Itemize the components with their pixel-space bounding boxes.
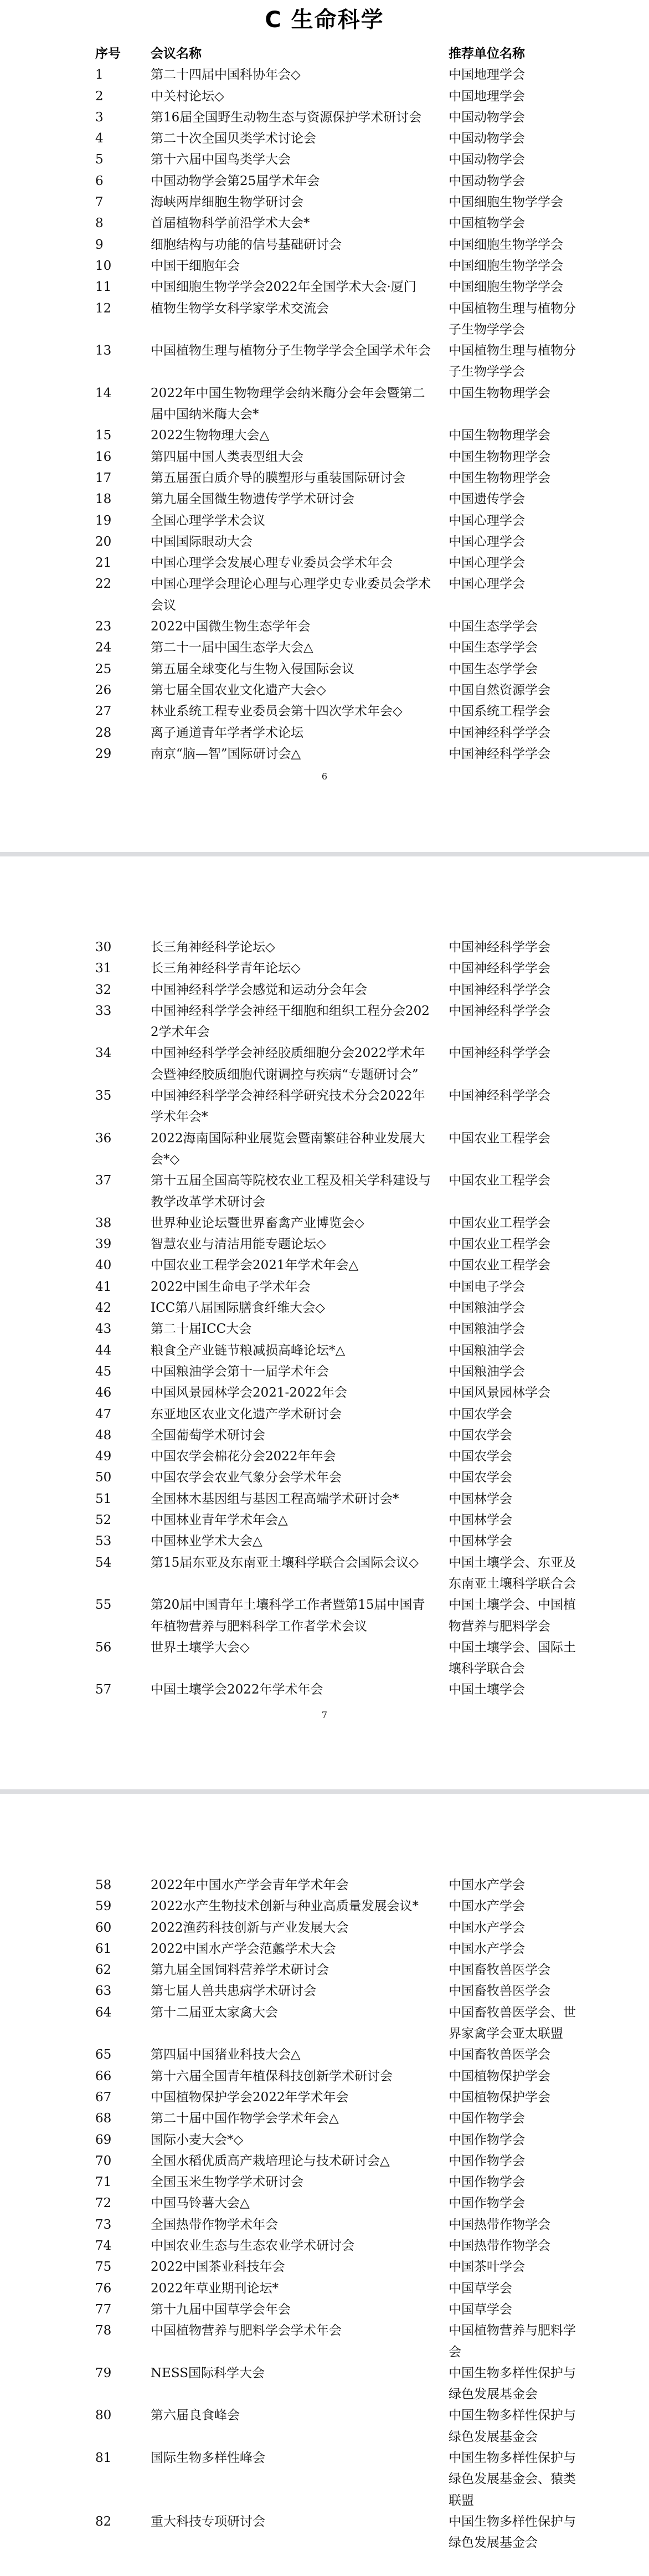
- conference-name: 中国心理学会发展心理专业委员会学术年会: [151, 552, 435, 573]
- table-row: 232022中国微生物生态学年会中国生态学学会: [0, 616, 649, 637]
- recommending-organization: 中国畜牧兽医学会: [449, 2044, 586, 2065]
- conference-name: 智慧农业与清洁用能专题论坛◇: [151, 1234, 435, 1255]
- conference-name: 2022年中国水产学会青年学术年会: [151, 1875, 435, 1896]
- row-number: 54: [95, 1552, 145, 1573]
- conference-name: 中国心理学会理论心理与心理学史专业委员会学术会议: [151, 573, 435, 616]
- conference-name: 2022生物物理大会△: [151, 425, 435, 446]
- table-row: 56世界土壤学大会◇中国土壤学会、国际土壤科学联合会: [0, 1637, 649, 1680]
- table-row: 27林业系统工程专业委员会第十四次学术年会◇中国系统工程学会: [0, 701, 649, 722]
- table-row: 53中国林业学术大会△中国林学会: [0, 1531, 649, 1552]
- conference-name: 第九届全国微生物遗传学学术研讨会: [151, 489, 435, 510]
- row-number: 82: [95, 2511, 145, 2532]
- row-number: 75: [95, 2256, 145, 2277]
- conference-name: 第二十届ICC大会: [151, 1318, 435, 1340]
- conference-name: 2022中国水产学会范蠡学术大会: [151, 1938, 435, 1959]
- row-number: 55: [95, 1594, 145, 1615]
- conference-name: 中国国际眼动大会: [151, 531, 435, 552]
- conference-name: 中国植物营养与肥料学会学术年会: [151, 2320, 435, 2363]
- table-row: 4第二十次全国贝类学术讨论会中国动物学会: [0, 128, 649, 149]
- recommending-organization: 中国畜牧兽医学会、世界家禽学会亚太联盟: [449, 2002, 586, 2045]
- recommending-organization: 中国水产学会: [449, 1896, 586, 1917]
- conference-name: 第十六届全国青年植保科技创新学术研讨会: [151, 2066, 435, 2087]
- table-row: 24第二十一届中国生态学大会△中国生态学学会: [0, 637, 649, 658]
- conference-name: 中国农业生态与生态农业学术研讨会: [151, 2235, 435, 2256]
- table-row: 45中国粮油学会第十一届学术年会中国粮油学会: [0, 1361, 649, 1382]
- recommending-organization: 中国作物学会: [449, 2151, 586, 2172]
- table-row: 612022中国水产学会范蠡学术大会中国水产学会: [0, 1938, 649, 1959]
- header-org: 推荐单位名称: [449, 43, 586, 64]
- row-number: 37: [95, 1170, 145, 1191]
- table-row: 79NESS国际科学大会中国生物多样性保护与绿色发展基金会: [0, 2363, 649, 2405]
- table-row: 20中国国际眼动大会中国心理学会: [0, 531, 649, 552]
- recommending-organization: 中国细胞生物学学会: [449, 192, 586, 213]
- recommending-organization: 中国神经科学学会: [449, 1043, 586, 1085]
- table-row: 82重大科技专项研讨会中国生物多样性保护与绿色发展基金会: [0, 2511, 649, 2554]
- table-row: 30长三角神经科学论坛◇中国神经科学学会: [0, 937, 649, 958]
- row-number: 7: [95, 192, 145, 213]
- conference-table-page-3: 582022年中国水产学会青年学术年会中国水产学会592022水产生物技术创新与…: [0, 1875, 649, 2554]
- recommending-organization: 中国土壤学会、国际土壤科学联合会: [449, 1637, 586, 1680]
- table-row: 42ICC第八届国际膳食纤维大会◇中国粮油学会: [0, 1297, 649, 1318]
- recommending-organization: 中国细胞生物学学会: [449, 276, 586, 297]
- table-row: 34中国神经科学学会神经胶质细胞分会2022学术年会暨神经胶质细胞代谢调控与疾病…: [0, 1043, 649, 1085]
- recommending-organization: 中国电子学会: [449, 1276, 586, 1297]
- table-row: 10中国干细胞年会中国细胞生物学学会: [0, 255, 649, 276]
- table-row: 57中国土壤学会2022年学术年会中国土壤学会: [0, 1679, 649, 1700]
- conference-name: 林业系统工程专业委员会第十四次学术年会◇: [151, 701, 435, 722]
- recommending-organization: 中国土壤学会、中国植物营养与肥料学会: [449, 1594, 586, 1637]
- row-number: 68: [95, 2108, 145, 2129]
- row-number: 1: [95, 64, 145, 85]
- recommending-organization: 中国神经科学学会: [449, 1000, 586, 1043]
- recommending-organization: 中国林学会: [449, 1489, 586, 1510]
- recommending-organization: 中国生物多样性保护与绿色发展基金会: [449, 2405, 586, 2447]
- row-number: 78: [95, 2320, 145, 2341]
- row-number: 10: [95, 255, 145, 276]
- recommending-organization: 中国生物物理学会: [449, 425, 586, 446]
- table-row: 18第九届全国微生物遗传学学术研讨会中国遗传学会: [0, 489, 649, 510]
- table-row: 46中国风景园林学会2021-2022年会中国风景园林学会: [0, 1382, 649, 1403]
- row-number: 15: [95, 425, 145, 446]
- conference-name: 长三角神经科学青年论坛◇: [151, 958, 435, 979]
- table-row: 72中国马铃薯大会△中国作物学会: [0, 2193, 649, 2214]
- recommending-organization: 中国生态学学会: [449, 616, 586, 637]
- row-number: 70: [95, 2151, 145, 2172]
- row-number: 24: [95, 637, 145, 658]
- recommending-organization: 中国植物保护学会: [449, 2066, 586, 2087]
- recommending-organization: 中国生物多样性保护与绿色发展基金会: [449, 2363, 586, 2405]
- conference-name: 中国风景园林学会2021-2022年会: [151, 1382, 435, 1403]
- table-row: 54第15届东亚及东南亚土壤科学联合会国际会议◇中国土壤学会、东亚及东南亚土壤科…: [0, 1552, 649, 1595]
- conference-table-page-2: 30长三角神经科学论坛◇中国神经科学学会31长三角神经科学青年论坛◇中国神经科学…: [0, 937, 649, 1701]
- recommending-organization: 中国农业工程学会: [449, 1255, 586, 1276]
- recommending-organization: 中国农学会: [449, 1446, 586, 1467]
- row-number: 66: [95, 2066, 145, 2087]
- table-row: 64第十二届亚太家禽大会中国畜牧兽医学会、世界家禽学会亚太联盟: [0, 2002, 649, 2045]
- page-separator: [0, 852, 649, 856]
- recommending-organization: 中国农业工程学会: [449, 1234, 586, 1255]
- conference-name: 中国神经科学学会神经干细胞和组织工程分会2022学术年会: [151, 1000, 435, 1043]
- row-number: 33: [95, 1000, 145, 1022]
- conference-name: 世界土壤学大会◇: [151, 1637, 435, 1680]
- table-row: 28离子通道青年学者学术论坛中国神经科学学会: [0, 722, 649, 743]
- row-number: 3: [95, 107, 145, 128]
- conference-name: 重大科技专项研讨会: [151, 2511, 435, 2554]
- recommending-organization: 中国植物生理与植物分子生物学学会: [449, 340, 586, 383]
- conference-name: 植物生物学女科学家学术交流会: [151, 298, 435, 341]
- conference-name: 第九届全国饲料营养学术研讨会: [151, 1959, 435, 1980]
- row-number: 8: [95, 213, 145, 234]
- table-row: 8首届植物科学前沿学术大会*中国植物学会: [0, 213, 649, 234]
- row-number: 56: [95, 1637, 145, 1658]
- conference-name: 中国动物学会第25届学术年会: [151, 171, 435, 192]
- recommending-organization: 中国自然资源学会: [449, 680, 586, 701]
- table-row: 25第五届全球变化与生物入侵国际会议中国生态学学会: [0, 659, 649, 680]
- recommending-organization: 中国作物学会: [449, 2108, 586, 2129]
- page-3: 582022年中国水产学会青年学术年会中国水产学会592022水产生物技术创新与…: [0, 1794, 649, 2576]
- table-row: 29南京“脑—智”国际研讨会△中国神经科学学会: [0, 743, 649, 764]
- recommending-organization: 中国农学会: [449, 1425, 586, 1446]
- recommending-organization: 中国农学会: [449, 1467, 586, 1488]
- recommending-organization: 中国草学会: [449, 2299, 586, 2320]
- table-row: 362022海南国际种业展览会暨南繁硅谷种业发展大会*◇中国农业工程学会: [0, 1128, 649, 1171]
- page-separator: [0, 1789, 649, 1794]
- row-number: 81: [95, 2447, 145, 2469]
- conference-name: 全国玉米生物学学术研讨会: [151, 2172, 435, 2193]
- table-row: 32中国神经科学学会感觉和运动分会年会中国神经科学学会: [0, 979, 649, 1000]
- conference-name: 中国植物生理与植物分子生物学学会全国学术年会: [151, 340, 435, 383]
- recommending-organization: 中国神经科学学会: [449, 958, 586, 979]
- recommending-organization: 中国动物学会: [449, 149, 586, 170]
- conference-name: 中国植物保护学会2022年学术年会: [151, 2087, 435, 2108]
- conference-name: 中国神经科学学会神经科学研究技术分会2022年学术年会*: [151, 1085, 435, 1128]
- conference-name: 东亚地区农业文化遗产学术研讨会: [151, 1404, 435, 1425]
- row-number: 47: [95, 1404, 145, 1425]
- conference-name: 第20届中国青年土壤科学工作者暨第15届中国青年植物营养与肥料科学工作者学术会议: [151, 1594, 435, 1637]
- table-row: 40中国农业工程学会2021年学术年会△中国农业工程学会: [0, 1255, 649, 1276]
- row-number: 58: [95, 1875, 145, 1896]
- row-number: 4: [95, 128, 145, 149]
- recommending-organization: 中国农业工程学会: [449, 1213, 586, 1234]
- row-number: 42: [95, 1297, 145, 1318]
- recommending-organization: 中国土壤学会、东亚及东南亚土壤科学联合会: [449, 1552, 586, 1595]
- table-row: 2中关村论坛◇中国地理学会: [0, 86, 649, 107]
- recommending-organization: 中国水产学会: [449, 1875, 586, 1896]
- row-number: 73: [95, 2214, 145, 2235]
- recommending-organization: 中国神经科学学会: [449, 743, 586, 764]
- recommending-organization: 中国动物学会: [449, 107, 586, 128]
- recommending-organization: 中国林学会: [449, 1510, 586, 1531]
- row-number: 38: [95, 1213, 145, 1234]
- table-row: 62第九届全国饲料营养学术研讨会中国畜牧兽医学会: [0, 1959, 649, 1980]
- conference-name: 海峡两岸细胞生物学研讨会: [151, 192, 435, 213]
- conference-name: 第十五届全国高等院校农业工程及相关学科建设与教学改革学术研讨会: [151, 1170, 435, 1213]
- row-number: 31: [95, 958, 145, 979]
- row-number: 45: [95, 1361, 145, 1382]
- conference-name: 第16届全国野生动物生态与资源保护学术研讨会: [151, 107, 435, 128]
- row-number: 25: [95, 659, 145, 680]
- table-row: 752022中国茶业科技年会中国茶叶学会: [0, 2256, 649, 2277]
- row-number: 11: [95, 276, 145, 297]
- row-number: 51: [95, 1489, 145, 1510]
- page-number: 6: [0, 771, 649, 782]
- table-row: 142022年中国生物物理学会纳米酶分会年会暨第二届中国纳米酶大会*中国生物物理…: [0, 383, 649, 425]
- table-row: 37第十五届全国高等院校农业工程及相关学科建设与教学改革学术研讨会中国农业工程学…: [0, 1170, 649, 1213]
- table-row: 55第20届中国青年土壤科学工作者暨第15届中国青年植物营养与肥料科学工作者学术…: [0, 1594, 649, 1637]
- row-number: 21: [95, 552, 145, 573]
- recommending-organization: 中国粮油学会: [449, 1361, 586, 1382]
- document-title: C 生命科学: [0, 4, 649, 35]
- conference-name: 第四届中国猪业科技大会△: [151, 2044, 435, 2065]
- row-number: 60: [95, 1917, 145, 1938]
- conference-name: 首届植物科学前沿学术大会*: [151, 213, 435, 234]
- conference-name: 离子通道青年学者学术论坛: [151, 722, 435, 743]
- conference-name: 中国林业学术大会△: [151, 1531, 435, 1552]
- row-number: 22: [95, 573, 145, 594]
- recommending-organization: 中国地理学会: [449, 64, 586, 85]
- recommending-organization: 中国生物多样性保护与绿色发展基金会: [449, 2511, 586, 2554]
- table-row: 31长三角神经科学青年论坛◇中国神经科学学会: [0, 958, 649, 979]
- recommending-organization: 中国系统工程学会: [449, 701, 586, 722]
- row-number: 48: [95, 1425, 145, 1446]
- conference-name: 第15届东亚及东南亚土壤科学联合会国际会议◇: [151, 1552, 435, 1595]
- row-number: 27: [95, 701, 145, 722]
- table-row: 51全国林木基因组与基因工程高端学术研讨会*中国林学会: [0, 1489, 649, 1510]
- row-number: 19: [95, 510, 145, 531]
- conference-name: 中国农学会农业气象分会学术年会: [151, 1467, 435, 1488]
- conference-name: 中国马铃薯大会△: [151, 2193, 435, 2214]
- page-1: C 生命科学 序号 会议名称 推荐单位名称 1第二十四届中国科协年会◇中国地理学…: [0, 0, 649, 852]
- row-number: 26: [95, 680, 145, 701]
- table-row: 9细胞结构与功能的信号基础研讨会中国细胞生物学学会: [0, 234, 649, 255]
- conference-name: 2022渔药科技创新与产业发展大会: [151, 1917, 435, 1938]
- conference-name: NESS国际科学大会: [151, 2363, 435, 2405]
- row-number: 74: [95, 2235, 145, 2256]
- row-number: 32: [95, 979, 145, 1000]
- recommending-organization: 中国农业工程学会: [449, 1128, 586, 1171]
- row-number: 62: [95, 1959, 145, 1980]
- recommending-organization: 中国生态学学会: [449, 659, 586, 680]
- row-number: 2: [95, 86, 145, 107]
- recommending-organization: 中国神经科学学会: [449, 1085, 586, 1128]
- table-row: 592022水产生物技术创新与种业高质量发展会议*中国水产学会: [0, 1896, 649, 1917]
- conference-name: 第五届全球变化与生物入侵国际会议: [151, 659, 435, 680]
- conference-name: 第七届人兽共患病学术研讨会: [151, 1980, 435, 2002]
- row-number: 50: [95, 1467, 145, 1488]
- recommending-organization: 中国心理学会: [449, 573, 586, 616]
- recommending-organization: 中国热带作物学会: [449, 2235, 586, 2256]
- conference-name: 第二十次全国贝类学术讨论会: [151, 128, 435, 149]
- table-row: 12植物生物学女科学家学术交流会中国植物生理与植物分子生物学学会: [0, 298, 649, 341]
- row-number: 53: [95, 1531, 145, 1552]
- table-row: 7海峡两岸细胞生物学研讨会中国细胞生物学学会: [0, 192, 649, 213]
- conference-name: 全国心理学学术会议: [151, 510, 435, 531]
- table-row: 66第十六届全国青年植保科技创新学术研讨会中国植物保护学会: [0, 2066, 649, 2087]
- recommending-organization: 中国粮油学会: [449, 1340, 586, 1361]
- row-number: 63: [95, 1980, 145, 2002]
- recommending-organization: 中国心理学会: [449, 531, 586, 552]
- table-row: 13中国植物生理与植物分子生物学学会全国学术年会中国植物生理与植物分子生物学学会: [0, 340, 649, 383]
- recommending-organization: 中国林学会: [449, 1531, 586, 1552]
- row-number: 35: [95, 1085, 145, 1106]
- table-row: 70全国水稻优质高产栽培理论与技术研讨会△中国作物学会: [0, 2151, 649, 2172]
- recommending-organization: 中国热带作物学会: [449, 2214, 586, 2235]
- recommending-organization: 中国农学会: [449, 1404, 586, 1425]
- row-number: 23: [95, 616, 145, 637]
- recommending-organization: 中国神经科学学会: [449, 979, 586, 1000]
- conference-name: 2022海南国际种业展览会暨南繁硅谷种业发展大会*◇: [151, 1128, 435, 1171]
- conference-name: 第四届中国人类表型组大会: [151, 447, 435, 468]
- recommending-organization: 中国动物学会: [449, 171, 586, 192]
- table-row: 1第二十四届中国科协年会◇中国地理学会: [0, 64, 649, 85]
- recommending-organization: 中国遗传学会: [449, 489, 586, 510]
- table-row: 67中国植物保护学会2022年学术年会中国植物保护学会: [0, 2087, 649, 2108]
- row-number: 39: [95, 1234, 145, 1255]
- table-row: 65第四届中国猪业科技大会△中国畜牧兽医学会: [0, 2044, 649, 2065]
- recommending-organization: 中国心理学会: [449, 552, 586, 573]
- conference-name: ICC第八届国际膳食纤维大会◇: [151, 1297, 435, 1318]
- recommending-organization: 中国粮油学会: [449, 1297, 586, 1318]
- conference-name: 细胞结构与功能的信号基础研讨会: [151, 234, 435, 255]
- recommending-organization: 中国生物物理学会: [449, 447, 586, 468]
- recommending-organization: 中国作物学会: [449, 2193, 586, 2214]
- recommending-organization: 中国畜牧兽医学会: [449, 1959, 586, 1980]
- table-row: 33中国神经科学学会神经干细胞和组织工程分会2022学术年会中国神经科学学会: [0, 1000, 649, 1043]
- conference-name: 中关村论坛◇: [151, 86, 435, 107]
- table-row: 26第七届全国农业文化遗产大会◇中国自然资源学会: [0, 680, 649, 701]
- table-body: 582022年中国水产学会青年学术年会中国水产学会592022水产生物技术创新与…: [0, 1875, 649, 2554]
- conference-name: 2022中国微生物生态学年会: [151, 616, 435, 637]
- row-number: 72: [95, 2193, 145, 2214]
- conference-name: 中国细胞生物学学会2022年全国学术大会·厦门: [151, 276, 435, 297]
- conference-name: 中国农业工程学会2021年学术年会△: [151, 1255, 435, 1276]
- table-row: 39智慧农业与清洁用能专题论坛◇中国农业工程学会: [0, 1234, 649, 1255]
- table-row: 77第十九届中国草学会年会中国草学会: [0, 2299, 649, 2320]
- recommending-organization: 中国地理学会: [449, 86, 586, 107]
- row-number: 52: [95, 1510, 145, 1531]
- row-number: 28: [95, 722, 145, 743]
- recommending-organization: 中国植物保护学会: [449, 2087, 586, 2108]
- table-row: 74中国农业生态与生态农业学术研讨会中国热带作物学会: [0, 2235, 649, 2256]
- table-row: 602022渔药科技创新与产业发展大会中国水产学会: [0, 1917, 649, 1938]
- conference-name: 第二十届中国作物学会学术年会△: [151, 2108, 435, 2129]
- table-row: 48全国葡萄学术研讨会中国农学会: [0, 1425, 649, 1446]
- page-number: 7: [0, 1710, 649, 1721]
- table-row: 49中国农学会棉花分会2022年年会中国农学会: [0, 1446, 649, 1467]
- row-number: 80: [95, 2405, 145, 2426]
- conference-name: 第七届全国农业文化遗产大会◇: [151, 680, 435, 701]
- conference-name: 全国水稻优质高产栽培理论与技术研讨会△: [151, 2151, 435, 2172]
- conference-name: 全国林木基因组与基因工程高端学术研讨会*: [151, 1489, 435, 1510]
- recommending-organization: 中国生物多样性保护与绿色发展基金会、猿类联盟: [449, 2447, 586, 2511]
- recommending-organization: 中国畜牧兽医学会: [449, 1980, 586, 2002]
- table-row: 47东亚地区农业文化遗产学术研讨会中国农学会: [0, 1404, 649, 1425]
- recommending-organization: 中国生态学学会: [449, 637, 586, 658]
- conference-table-page-1: 序号 会议名称 推荐单位名称 1第二十四届中国科协年会◇中国地理学会2中关村论坛…: [0, 43, 649, 764]
- table-row: 78中国植物营养与肥料学会学术年会中国植物营养与肥料学会: [0, 2320, 649, 2363]
- row-number: 57: [95, 1679, 145, 1700]
- recommending-organization: 中国风景园林学会: [449, 1382, 586, 1403]
- row-number: 13: [95, 340, 145, 361]
- row-number: 20: [95, 531, 145, 552]
- recommending-organization: 中国草学会: [449, 2278, 586, 2299]
- conference-name: 第二十四届中国科协年会◇: [151, 64, 435, 85]
- conference-name: 第十六届中国鸟类学大会: [151, 149, 435, 170]
- header-name: 会议名称: [151, 43, 435, 64]
- row-number: 77: [95, 2299, 145, 2320]
- recommending-organization: 中国粮油学会: [449, 1318, 586, 1340]
- table-row: 52中国林业青年学术年会△中国林学会: [0, 1510, 649, 1531]
- conference-name: 中国神经科学学会神经胶质细胞分会2022学术年会暨神经胶质细胞代谢调控与疾病“专…: [151, 1043, 435, 1085]
- table-row: 19全国心理学学术会议中国心理学会: [0, 510, 649, 531]
- recommending-organization: 中国植物生理与植物分子生物学学会: [449, 298, 586, 341]
- recommending-organization: 中国细胞生物学学会: [449, 234, 586, 255]
- recommending-organization: 中国神经科学学会: [449, 722, 586, 743]
- conference-name: 世界种业论坛暨世界畜禽产业博览会◇: [151, 1213, 435, 1234]
- row-number: 5: [95, 149, 145, 170]
- row-number: 6: [95, 171, 145, 192]
- conference-name: 2022年草业期刊论坛*: [151, 2278, 435, 2299]
- table-row: 412022中国生命电子学术年会中国电子学会: [0, 1276, 649, 1297]
- table-row: 6中国动物学会第25届学术年会中国动物学会: [0, 171, 649, 192]
- conference-name: 中国土壤学会2022年学术年会: [151, 1679, 435, 1700]
- conference-name: 中国林业青年学术年会△: [151, 1510, 435, 1531]
- table-row: 44粮食全产业链节粮减损高峰论坛*△中国粮油学会: [0, 1340, 649, 1361]
- recommending-organization: 中国作物学会: [449, 2172, 586, 2193]
- recommending-organization: 中国神经科学学会: [449, 937, 586, 958]
- table-row: 152022生物物理大会△中国生物物理学会: [0, 425, 649, 446]
- recommending-organization: 中国植物营养与肥料学会: [449, 2320, 586, 2363]
- table-body: 30长三角神经科学论坛◇中国神经科学学会31长三角神经科学青年论坛◇中国神经科学…: [0, 937, 649, 1701]
- conference-name: 2022中国生命电子学术年会: [151, 1276, 435, 1297]
- conference-name: 第五届蛋白质介导的膜塑形与重装国际研讨会: [151, 468, 435, 489]
- row-number: 44: [95, 1340, 145, 1361]
- table-row: 69国际小麦大会*◇中国作物学会: [0, 2129, 649, 2151]
- table-row: 50中国农学会农业气象分会学术年会中国农学会: [0, 1467, 649, 1488]
- row-number: 49: [95, 1446, 145, 1467]
- conference-name: 全国葡萄学术研讨会: [151, 1425, 435, 1446]
- table-row: 21中国心理学会发展心理专业委员会学术年会中国心理学会: [0, 552, 649, 573]
- conference-name: 粮食全产业链节粮减损高峰论坛*△: [151, 1340, 435, 1361]
- table-row: 5第十六届中国鸟类学大会中国动物学会: [0, 149, 649, 170]
- row-number: 14: [95, 383, 145, 404]
- table-row: 71全国玉米生物学学术研讨会中国作物学会: [0, 2172, 649, 2193]
- table-row: 17第五届蛋白质介导的膜塑形与重装国际研讨会中国生物物理学会: [0, 468, 649, 489]
- table-row: 38世界种业论坛暨世界畜禽产业博览会◇中国农业工程学会: [0, 1213, 649, 1234]
- table-row: 762022年草业期刊论坛*中国草学会: [0, 2278, 649, 2299]
- row-number: 16: [95, 447, 145, 468]
- row-number: 67: [95, 2087, 145, 2108]
- row-number: 29: [95, 743, 145, 764]
- row-number: 41: [95, 1276, 145, 1297]
- recommending-organization: 中国植物学会: [449, 213, 586, 234]
- header-num: 序号: [95, 43, 145, 64]
- row-number: 64: [95, 2002, 145, 2023]
- recommending-organization: 中国茶叶学会: [449, 2256, 586, 2277]
- table-row: 35中国神经科学学会神经科学研究技术分会2022年学术年会*中国神经科学学会: [0, 1085, 649, 1128]
- table-row: 80第六届良食峰会中国生物多样性保护与绿色发展基金会: [0, 2405, 649, 2447]
- conference-name: 中国粮油学会第十一届学术年会: [151, 1361, 435, 1382]
- row-number: 61: [95, 1938, 145, 1959]
- row-number: 59: [95, 1896, 145, 1917]
- table-row: 63第七届人兽共患病学术研讨会中国畜牧兽医学会: [0, 1980, 649, 2002]
- conference-name: 2022年中国生物物理学会纳米酶分会年会暨第二届中国纳米酶大会*: [151, 383, 435, 425]
- recommending-organization: 中国生物物理学会: [449, 468, 586, 489]
- row-number: 43: [95, 1318, 145, 1340]
- table-row: 43第二十届ICC大会中国粮油学会: [0, 1318, 649, 1340]
- table-row: 3第16届全国野生动物生态与资源保护学术研讨会中国动物学会: [0, 107, 649, 128]
- row-number: 69: [95, 2129, 145, 2151]
